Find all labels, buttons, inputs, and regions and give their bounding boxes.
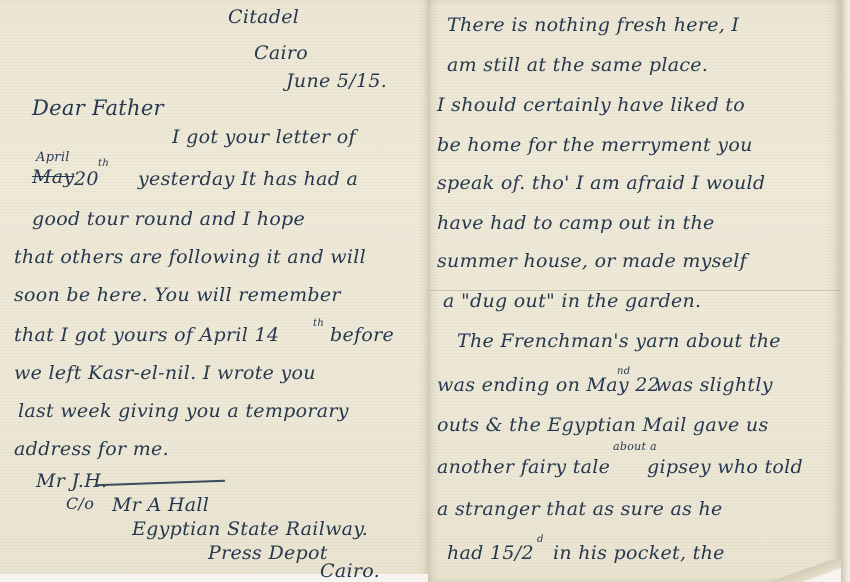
left-page: Citadel Cairo June 5/15. Dear Father I g… [0, 0, 429, 582]
right-line-4: be home for the merryment you [437, 134, 753, 156]
right-line-14-pence-sup: d [537, 534, 544, 545]
letter-line-4: that others are following it and will [14, 246, 366, 268]
right-line-3: I should certainly have liked to [437, 94, 745, 116]
letter-line-2: yesterday It has had a [138, 168, 358, 190]
right-page: There is nothing fresh here, I am still … [429, 0, 841, 582]
heading-place-citadel: Citadel [228, 6, 299, 28]
letter-line-6-ordinal: th [313, 318, 324, 329]
right-line-11: outs & the Egyptian Mail gave us [437, 414, 769, 436]
letter-line-9: address for me. [14, 438, 169, 460]
letter-spread: Citadel Cairo June 5/15. Dear Father I g… [0, 0, 850, 582]
letter-line-6: that I got yours of April 14 [14, 324, 279, 346]
corner-fold [771, 560, 841, 582]
right-line-12-trailing: gipsey who told [647, 456, 803, 478]
right-line-9: The Frenchman's yarn about the [457, 330, 781, 352]
right-line-12: another fairy tale [437, 456, 610, 478]
letter-line-1: I got your letter of [172, 126, 356, 148]
right-line-10-ordinal: nd [617, 366, 630, 377]
address-name: Mr A Hall [112, 494, 209, 516]
right-line-10: was ending on May 22 [437, 374, 660, 396]
address-care-of: C/o [66, 494, 94, 513]
signature-flourish [95, 480, 225, 487]
right-line-2: am still at the same place. [447, 54, 708, 76]
address-dept: Press Depot [208, 542, 328, 564]
salutation: Dear Father [32, 96, 164, 120]
right-line-7: summer house, or made myself [437, 250, 747, 272]
address-recipient: Mr J.H. [36, 470, 107, 492]
struck-word-may: May [32, 166, 74, 188]
date-day-20: 20 [74, 168, 99, 190]
right-line-5: speak of. tho' I am afraid I would [437, 172, 765, 194]
right-line-12-caret-insert: about a [613, 440, 657, 453]
letter-line-8: last week giving you a temporary [18, 400, 349, 422]
letter-line-3: good tour round and I hope [32, 208, 305, 230]
address-city: Cairo. [320, 560, 380, 582]
letter-line-7: we left Kasr-el-nil. I wrote you [14, 362, 316, 384]
right-line-14: in his pocket, the [553, 542, 725, 564]
right-line-13: a stranger that as sure as he [437, 498, 723, 520]
inserted-word-april: April [36, 150, 70, 165]
right-line-14-amount: had 15/2 [447, 542, 534, 564]
heading-date: June 5/15. [286, 70, 387, 92]
address-org: Egyptian State Railway. [132, 518, 368, 540]
right-line-1: There is nothing fresh here, I [447, 14, 739, 36]
date-ordinal-th: th [98, 158, 109, 169]
letter-line-5: soon be here. You will remember [14, 284, 341, 306]
right-edge [841, 0, 850, 582]
right-line-6: have had to camp out in the [437, 212, 715, 234]
heading-place-cairo: Cairo [254, 42, 308, 64]
right-line-10-trailing: was slightly [655, 374, 773, 396]
right-line-8: a "dug out" in the garden. [443, 290, 701, 312]
horizontal-fold [430, 290, 840, 291]
letter-line-6-trailing: before [330, 324, 394, 346]
